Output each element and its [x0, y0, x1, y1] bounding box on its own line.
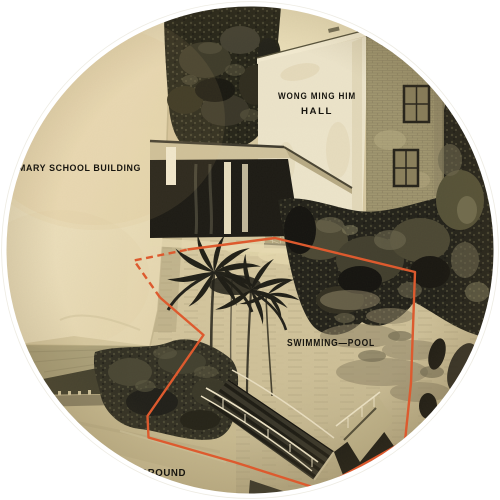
- circular-photo: WONG MING HIM HALL IMARY SCHOOL BUILDING…: [0, 0, 500, 500]
- label-wong-ming-him: WONG MING HIM: [278, 91, 356, 102]
- label-hall: HALL: [301, 106, 333, 117]
- label-swimming-pool: SWIMMING—POOL: [287, 337, 375, 349]
- label-school-building: IMARY SCHOOL BUILDING: [15, 163, 141, 173]
- vintage-photo-page: WONG MING HIM HALL IMARY SCHOOL BUILDING…: [0, 0, 500, 500]
